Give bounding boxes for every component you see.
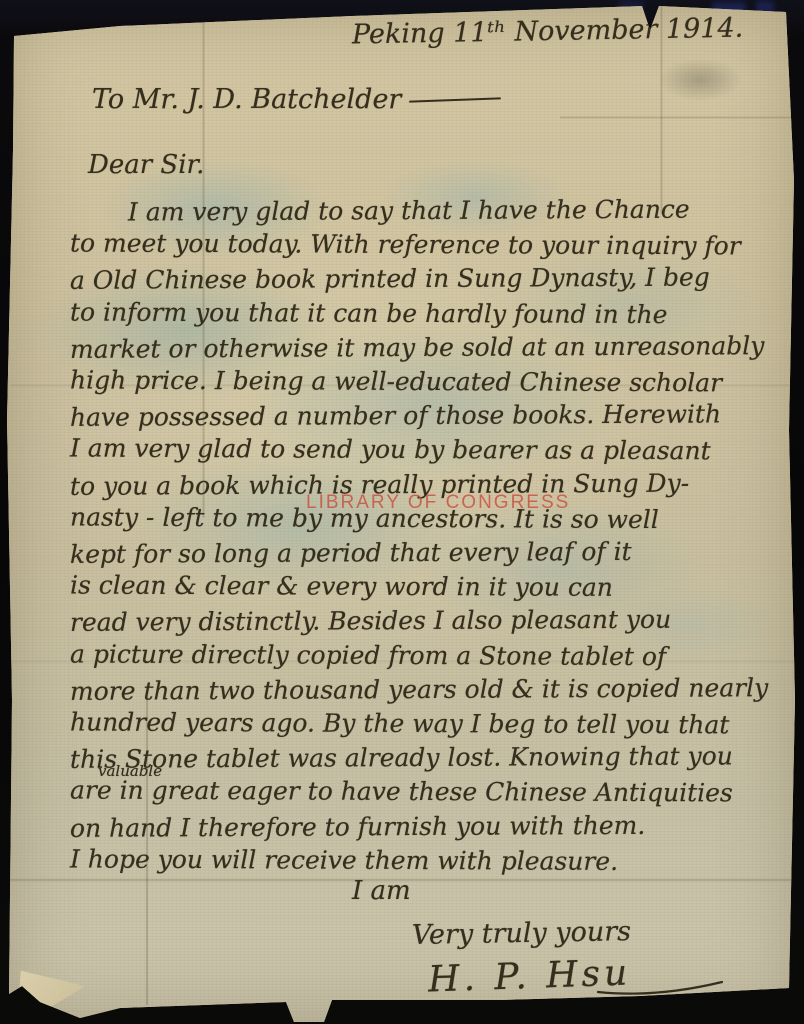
body-line: have possessed a number of those books. … bbox=[70, 397, 768, 435]
body-line: I am very glad to send you by bearer as … bbox=[70, 432, 768, 469]
interlinear-insertion: valuable bbox=[98, 762, 162, 780]
signature-flourish bbox=[596, 976, 726, 998]
fold-crease bbox=[560, 116, 795, 119]
body-line: to meet you today. With reference to you… bbox=[70, 227, 768, 264]
letter-body: I am very glad to say that I have the Ch… bbox=[70, 194, 768, 878]
body-line: hundred years ago. By the way I beg to t… bbox=[70, 706, 768, 743]
body-line: a picture directly copied from a Stone t… bbox=[70, 637, 768, 674]
body-line: on hand I therefore to furnish you with … bbox=[70, 808, 768, 846]
body-line: this Stone tablet was already lost. Know… bbox=[70, 739, 768, 777]
pen-flourish bbox=[409, 97, 501, 102]
body-line: I am very glad to say that I have the Ch… bbox=[70, 192, 768, 230]
closing-i-am: I am bbox=[352, 876, 411, 906]
body-line: more than two thousand years old & it is… bbox=[70, 671, 768, 709]
body-line: are in great eager to have these Chinese… bbox=[70, 774, 768, 811]
body-line: I hope you will receive them with pleasu… bbox=[70, 842, 768, 879]
valediction: Very truly yours bbox=[412, 916, 632, 951]
body-line: market or otherwise it may be sold at an… bbox=[70, 329, 768, 367]
letter-paper: Peking 11ᵗʰ November 1914. To Mr. J. D. … bbox=[0, 0, 804, 1024]
addressee-text: To Mr. J. D. Batchelder bbox=[92, 84, 401, 115]
body-line: is clean & clear & every word in it you … bbox=[70, 569, 768, 606]
body-line: kept for so long a period that every lea… bbox=[70, 534, 768, 572]
body-line: to inform you that it can be hardly foun… bbox=[70, 295, 768, 332]
body-line: read very distinctly. Besides I also ple… bbox=[70, 603, 768, 641]
salutation: Dear Sir. bbox=[88, 150, 204, 180]
library-of-congress-watermark: LIBRARY OF CONGRESS bbox=[306, 492, 570, 514]
body-line: high price. I being a well-educated Chin… bbox=[70, 363, 768, 400]
photo-background: Peking 11ᵗʰ November 1914. To Mr. J. D. … bbox=[0, 0, 804, 1024]
body-line: a Old Chinese book printed in Sung Dynas… bbox=[70, 261, 768, 299]
addressee-line: To Mr. J. D. Batchelder bbox=[92, 84, 501, 115]
